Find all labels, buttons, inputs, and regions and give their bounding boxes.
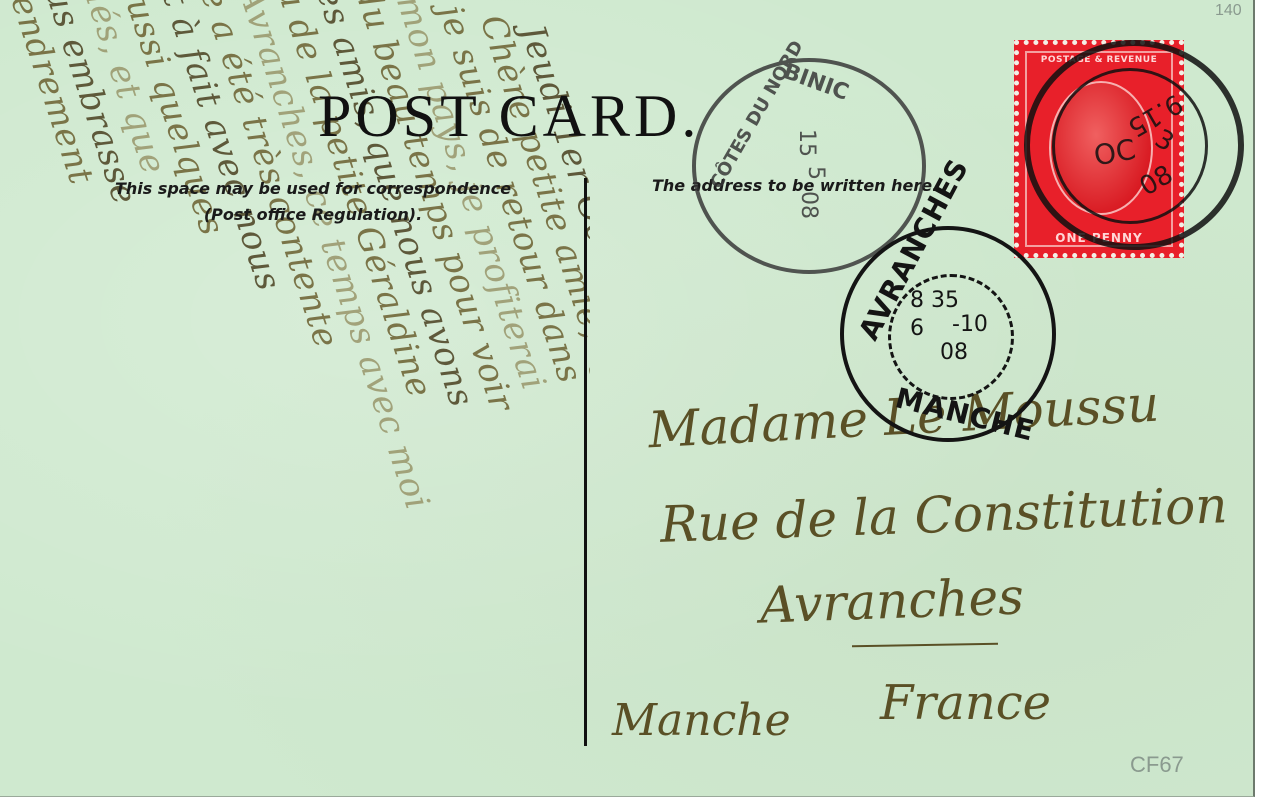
postmark-day: 6 <box>910 318 924 340</box>
postmark-time: 15 <box>795 129 817 157</box>
address-country: France <box>880 675 1051 731</box>
pencil-reference-note: CF67 <box>1130 752 1184 778</box>
address-city-underline <box>852 643 998 648</box>
postmark-day: 5 <box>804 166 826 180</box>
postcard-back: Jeudi 1er Octobre Chère petite amie, Qua… <box>0 0 1255 797</box>
address-street: Rue de la Constitution <box>659 476 1228 554</box>
vertical-divider <box>584 178 587 746</box>
postmark-month: -10 <box>952 314 988 336</box>
pencil-price-note: 140 <box>1215 2 1242 20</box>
postmark-time: 8 35 <box>910 290 959 312</box>
postmark-year: 08 <box>797 191 819 219</box>
postmark-year: 08 <box>940 342 968 364</box>
stamp-cancel-postmark: 9.15 OC 3 08 <box>1024 40 1244 250</box>
postmark-month: OC <box>1092 139 1137 168</box>
postcard-title: POST CARD. <box>318 82 700 151</box>
notice-line-2: (Post office Regulation). <box>78 202 548 228</box>
correspondence-notice: This space may be used for correspondenc… <box>78 176 548 228</box>
notice-line-1: This space may be used for correspondenc… <box>78 176 548 202</box>
address-city: Avranches <box>759 567 1025 634</box>
postmark-department: CÔTES DU NORD <box>706 37 808 192</box>
address-department: Manche <box>612 695 791 746</box>
avranches-postmark: AVRANCHES MANCHE 8 35 6 -10 08 <box>840 226 1056 442</box>
